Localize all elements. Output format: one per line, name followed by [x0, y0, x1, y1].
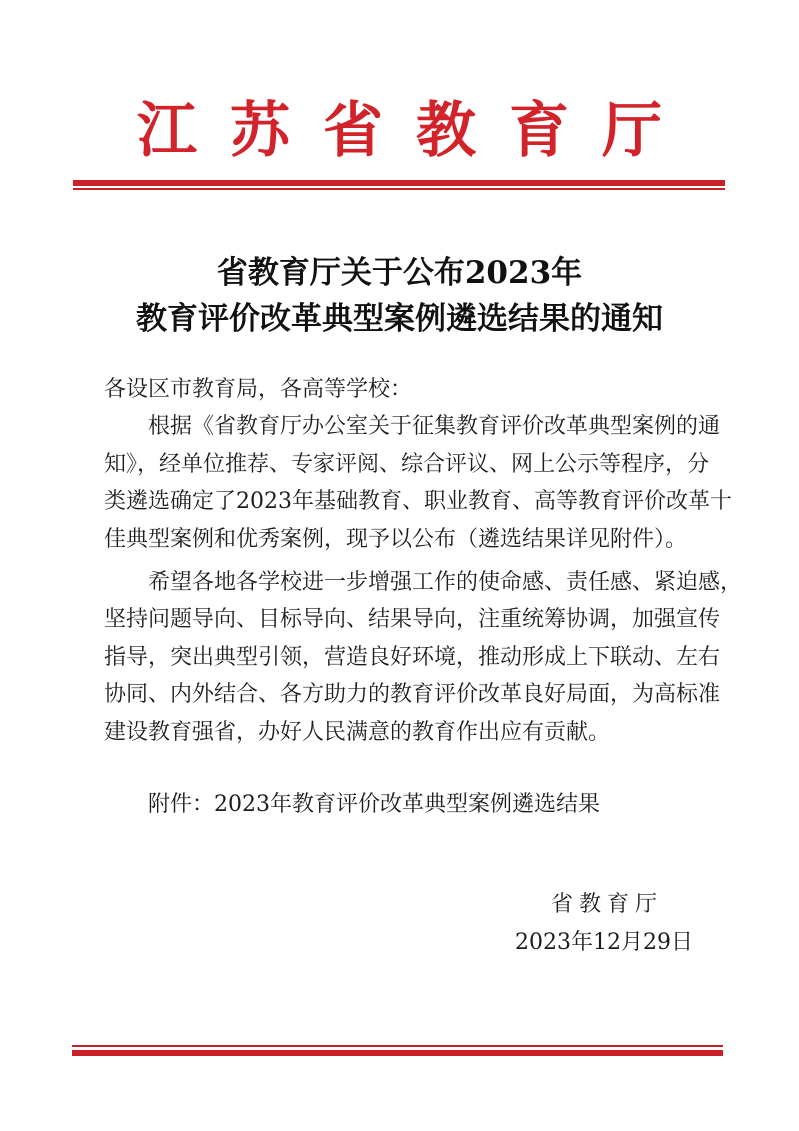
paragraph-1-line: 类遴选确定了2023年基础教育、职业教育、高等教育评价改革十: [104, 483, 702, 520]
rule-thin-line: [73, 188, 725, 190]
document-title-line2: 教育评价改革典型案例遴选结果的通知: [0, 296, 799, 342]
paragraph-2-line: 坚持问题导向、目标导向、结果导向，注重统筹协调，加强宣传: [104, 601, 702, 638]
attachment-line: 附件：2023年教育评价改革典型案例遴选结果: [104, 786, 702, 823]
agency-masthead-title: 江苏省教育厅: [0, 96, 799, 166]
document-body: 各设区市教育局，各高等学校： 根据《省教育厅办公室关于征集教育评价改革典型案例的…: [104, 371, 702, 751]
paragraph-2: 希望各地各学校进一步增强工作的使命感、责任感、紧迫感， 坚持问题导向、目标导向、…: [104, 564, 702, 751]
paragraph-2-line: 协同、内外结合、各方助力的教育评价改革良好局面，为高标准: [104, 676, 702, 713]
paragraph-1-line: 佳典型案例和优秀案例，现予以公布（遴选结果详见附件）。: [104, 521, 702, 558]
signature-issuer: 省教育厅: [515, 886, 693, 924]
rule-thin-line: [72, 1045, 723, 1047]
footer-double-rule: [72, 1045, 723, 1056]
document-title: 省教育厅关于公布2023年 教育评价改革典型案例遴选结果的通知: [0, 250, 799, 342]
paragraph-1: 根据《省教育厅办公室关于征集教育评价改革典型案例的通 知》，经单位推荐、专家评阅…: [104, 408, 702, 558]
document-page: 江苏省教育厅 省教育厅关于公布2023年 教育评价改革典型案例遴选结果的通知 各…: [0, 0, 799, 1131]
paragraph-2-line: 指导，突出典型引领，营造良好环境，推动形成上下联动、左右: [104, 639, 702, 676]
document-title-line1: 省教育厅关于公布2023年: [0, 250, 799, 296]
paragraph-2-line: 希望各地各学校进一步增强工作的使命感、责任感、紧迫感，: [104, 564, 702, 601]
rule-thick-line: [73, 180, 725, 186]
signature-date: 2023年12月29日: [515, 924, 693, 962]
paragraph-1-line: 知》，经单位推荐、专家评阅、综合评议、网上公示等程序，分: [104, 446, 702, 483]
salutation-line: 各设区市教育局，各高等学校：: [104, 371, 702, 408]
paragraph-1-line: 根据《省教育厅办公室关于征集教育评价改革典型案例的通: [104, 408, 702, 445]
signature-block: 省教育厅 2023年12月29日: [515, 886, 693, 962]
masthead-double-rule: [73, 180, 725, 190]
paragraph-2-line: 建设教育强省，办好人民满意的教育作出应有贡献。: [104, 714, 702, 751]
rule-thick-line: [72, 1050, 723, 1056]
